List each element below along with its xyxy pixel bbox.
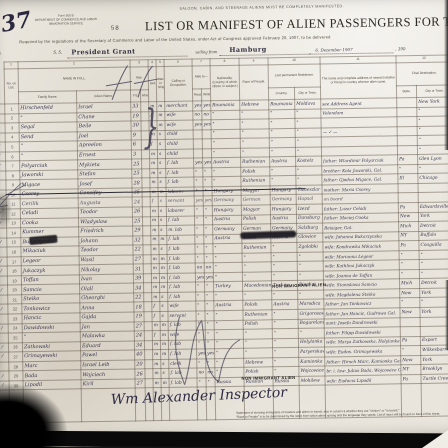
destination-town: Export <box>420 336 448 346</box>
residence-town: Paryerskawicz <box>299 347 325 357</box>
able-to-read: " <box>194 177 203 187</box>
header-age: Age. <box>130 67 148 90</box>
able-to-read <box>193 139 202 149</box>
row-number: 2 <box>5 113 19 123</box>
able-to-write: " <box>205 292 214 302</box>
able-to-read: " <box>196 320 205 330</box>
row-number: 3 <box>5 123 19 133</box>
married-or-single: s <box>160 302 168 312</box>
residence-country: " <box>272 290 298 300</box>
residence-country: " <box>269 119 295 129</box>
able-to-read: " <box>197 359 206 369</box>
married-or-single: m <box>161 378 169 388</box>
occupation: f. lab <box>166 177 194 187</box>
residence-town: Zgolobki <box>297 242 323 252</box>
nationality: Austria <box>214 301 243 311</box>
age-months <box>142 197 150 207</box>
race-of-people: German <box>241 195 270 205</box>
row-number: 5 <box>5 142 19 152</box>
able-to-write: " <box>205 320 214 330</box>
destination-state: " <box>400 298 420 308</box>
row-mark <box>0 362 9 372</box>
able-to-write: no <box>206 368 215 378</box>
sex: m <box>152 321 160 331</box>
destination-state: " <box>399 250 419 260</box>
age-months <box>143 254 151 264</box>
able-to-read: yes <box>197 349 206 359</box>
destination-town <box>420 316 448 326</box>
residence-town: " <box>295 109 321 119</box>
sex: m <box>152 293 160 303</box>
header-final-destination: Final Destination. <box>396 62 448 86</box>
residence-town: " <box>295 128 321 138</box>
destination-town: Detroit <box>419 221 448 231</box>
occupation: f. lab <box>169 349 197 359</box>
destination-state <box>400 327 420 337</box>
nationality: " <box>214 339 243 349</box>
married-or-single: s <box>159 245 167 255</box>
race-of-people: Polish <box>241 214 270 224</box>
able-to-read: " <box>196 301 205 311</box>
destination-town: " <box>419 269 448 279</box>
age-months <box>142 207 150 217</box>
row-number: 29 <box>9 371 23 381</box>
sex: m <box>150 178 158 188</box>
subheader-given-name: Given Name. <box>76 90 130 103</box>
age-months <box>142 159 150 169</box>
occupation: f. lab <box>166 168 194 178</box>
age-years: 34 <box>134 340 144 350</box>
age-months <box>144 331 152 341</box>
race-of-people: " <box>240 109 269 119</box>
sex: m <box>151 264 159 274</box>
nationality: " <box>214 291 243 301</box>
occupation: f. lab <box>166 158 194 168</box>
occupation: f. lab <box>168 282 196 292</box>
edge-stain <box>0 190 12 230</box>
able-to-read: " <box>196 311 205 321</box>
destination-state <box>397 98 417 108</box>
destination-town: Chicago <box>418 173 448 183</box>
destination-state <box>397 136 417 146</box>
occupation: f. lab <box>168 292 196 302</box>
able-to-read <box>193 149 202 159</box>
married-or-single: m <box>159 273 167 283</box>
nationality: " <box>213 243 242 253</box>
paper-sheet: 37 Form 500 B DEPARTMENT OF COMMERCE AND… <box>0 0 448 448</box>
residence-country: " <box>271 252 297 262</box>
able-to-read: no <box>193 110 202 120</box>
sex: m <box>151 235 159 245</box>
married-or-single: m <box>160 321 168 331</box>
occupation: f. lab <box>167 254 195 264</box>
married-or-single: s <box>158 216 166 226</box>
sex: m <box>151 226 159 236</box>
residence-country: " <box>271 262 297 272</box>
able-to-read: " <box>194 168 203 178</box>
able-to-write: " <box>204 225 213 235</box>
race-of-people: " <box>240 119 269 129</box>
destination-town: York <box>420 288 448 298</box>
sheet-number: 58 <box>111 26 120 32</box>
residence-town: " <box>297 271 323 281</box>
residence-town: Izezd <box>296 204 322 214</box>
residence-country: " <box>269 138 295 148</box>
residence-town: Glowice <box>297 233 323 243</box>
row-number: 23 <box>8 314 22 324</box>
header-no-on-list: No. on List. <box>4 69 19 104</box>
age-years: 24 <box>134 331 144 341</box>
header-nationality: Nationality. (Country of which citizen o… <box>210 65 240 100</box>
sailing-from-label: sailing from <box>195 49 217 54</box>
destination-state: Pa <box>398 203 418 213</box>
able-to-read <box>193 130 202 140</box>
able-to-read: " <box>195 254 204 264</box>
married-or-single: m <box>160 331 168 341</box>
able-to-write: yes <box>203 196 212 206</box>
destination-town: Glen Lyon <box>418 154 448 164</box>
able-to-write: " <box>203 168 212 178</box>
able-to-read: " <box>196 282 205 292</box>
able-to-write: " <box>204 253 213 263</box>
race-of-people: Macedonian <box>243 281 272 291</box>
subheader-write: Write. <box>201 89 210 101</box>
occupation: merchant <box>165 101 193 111</box>
residence-country: Hungary <box>270 204 296 214</box>
subheader-country: Country. <box>268 87 294 99</box>
row-mark: ∕ <box>0 371 9 381</box>
subheader-yrs: Yrs. <box>130 90 140 102</box>
residence-town: " <box>297 252 323 262</box>
subheader-city: City or Town. <box>294 87 320 99</box>
destination-town <box>418 192 448 202</box>
able-to-read: " <box>195 244 204 254</box>
married-or-single: s <box>158 206 166 216</box>
sex: m <box>151 254 159 264</box>
age-years: 25 <box>132 159 142 169</box>
nationality: " <box>214 310 243 320</box>
race-of-people: " <box>242 272 271 282</box>
nationality: " <box>213 263 242 273</box>
occupation: f. lab <box>169 368 197 378</box>
occupation: f. lab <box>168 321 196 331</box>
nationality: Hungary <box>212 186 241 196</box>
destination-state: Pa <box>399 241 419 251</box>
age-years: 32 <box>133 235 143 245</box>
race-of-people: " <box>242 262 271 272</box>
destination-town: Coaguilla <box>419 240 448 250</box>
race-of-people: " <box>242 253 271 263</box>
able-to-read: " <box>196 330 205 340</box>
header-able-to: Able to— <box>192 66 210 89</box>
married-or-single: m <box>158 187 166 197</box>
able-to-read: " <box>195 225 204 235</box>
subheader-family-name: Family Name. <box>18 91 76 104</box>
destination-state: Mich <box>399 279 419 289</box>
residence-town: " <box>298 328 324 338</box>
married-or-single: s <box>161 369 169 379</box>
able-to-write: " <box>205 311 214 321</box>
occupation: f. lab <box>167 235 195 245</box>
age-months <box>144 321 152 331</box>
residence-town: Tizaeszlar <box>296 185 322 195</box>
occupation: wife <box>165 111 193 121</box>
age-months <box>145 350 153 360</box>
nationality: Austria <box>212 215 241 225</box>
able-to-read: yes <box>195 273 204 283</box>
age-months <box>143 235 151 245</box>
sex: m <box>150 207 158 217</box>
age-years: 25 <box>132 216 142 226</box>
age-years: 33 <box>131 102 141 112</box>
able-to-write: " <box>205 330 214 340</box>
married-or-single: m <box>160 340 168 350</box>
race-of-people: Polish <box>241 167 270 177</box>
age-months <box>142 216 150 226</box>
able-to-write: " <box>204 244 213 254</box>
nationality: " <box>213 272 242 282</box>
residence-town: " <box>296 175 322 185</box>
header-nearest-relative: The name and complete address of nearest… <box>320 63 397 99</box>
sex: f <box>152 312 160 322</box>
age-years: 31 <box>133 264 143 274</box>
age-years: 27 <box>135 379 145 389</box>
nationality: Austria <box>212 158 241 168</box>
age-years: 39 <box>133 274 143 284</box>
destination-state: NY <box>401 365 421 375</box>
race-of-people: Magyar <box>241 186 270 196</box>
sex: m <box>153 350 161 360</box>
married-or-single: s <box>158 178 166 188</box>
age-years: 29 <box>133 226 143 236</box>
bottom-left-ink-blob <box>0 384 67 448</box>
age-months <box>142 169 150 179</box>
occupation: laborer <box>166 187 194 197</box>
residence-town: Kamionka <box>299 357 325 367</box>
race-of-people: " <box>240 138 269 148</box>
occupation: child <box>165 130 193 140</box>
occupation: f. lab <box>166 216 194 226</box>
destination-state: NY <box>399 231 419 241</box>
residence-country: " <box>269 109 295 119</box>
residence-country: " <box>271 243 297 253</box>
age-years: 27 <box>134 321 144 331</box>
able-to-read: " <box>194 206 203 216</box>
destination-state: New <box>400 288 420 298</box>
able-to-write: yes <box>206 349 215 359</box>
occupation: f. lab <box>168 340 196 350</box>
age-years: 30 <box>131 121 141 131</box>
scanned-manifest-page: 37 Form 500 B DEPARTMENT OF COMMERCE AND… <box>0 0 448 448</box>
row-number: 17 <box>7 256 21 266</box>
age-years: 19 <box>134 312 144 322</box>
age-years: 27 <box>133 255 143 265</box>
sex: m <box>150 159 158 169</box>
race-of-people: Ruthenian <box>241 157 270 167</box>
nationality: " <box>212 177 241 187</box>
able-to-write: " <box>205 339 214 349</box>
row-number: 27 <box>9 352 23 362</box>
able-to-read: no <box>195 263 204 273</box>
header-race: Race of People. <box>239 65 269 100</box>
destination-town: York <box>420 307 448 317</box>
married-or-single: m <box>159 264 167 274</box>
ship-name: President Grant <box>71 47 135 56</box>
able-to-write <box>202 129 211 139</box>
married-or-single: s <box>161 359 169 369</box>
sex: m <box>153 359 161 369</box>
ship-prefix: S. S. <box>53 51 62 56</box>
row-number: 26 <box>8 342 22 352</box>
nationality: Roumania <box>211 100 240 110</box>
destination-state <box>397 145 417 155</box>
header-occupation: Calling or Occupation. <box>164 66 193 101</box>
destination-town: Brooklyn <box>421 364 448 374</box>
residence-town: Dansburg <box>296 214 322 224</box>
married-or-single: s <box>159 226 167 236</box>
nationality: Austria <box>213 234 242 244</box>
occupation: f. lab <box>169 378 197 388</box>
able-to-read: yes <box>193 101 202 111</box>
age-years: 25 <box>132 169 142 179</box>
non-immigrant-alien-stamp: NON IMMIGRANT ALIEN <box>241 375 295 381</box>
nationality: Hungary <box>212 205 241 215</box>
nationality: " <box>211 110 240 120</box>
able-to-read: " <box>194 187 203 197</box>
destination-state <box>397 126 417 136</box>
sex: f <box>152 302 160 312</box>
sex: m <box>153 378 161 388</box>
subtitle: Required by the regulations of the Secre… <box>19 33 431 44</box>
destination-town <box>420 326 448 336</box>
destination-state: Mich <box>399 222 419 232</box>
able-to-write: no <box>204 263 213 273</box>
destination-state: " <box>398 164 418 174</box>
nationality: Turkey <box>214 282 243 292</box>
row-number: 16 <box>7 247 21 257</box>
sex: m <box>150 168 158 178</box>
occupation: child <box>165 149 193 159</box>
row-number: 7 <box>6 161 20 171</box>
row-number: 28 <box>9 361 23 371</box>
able-to-read: " <box>194 215 203 225</box>
residence-town: Salzburg <box>297 223 323 233</box>
residence-country: " <box>271 271 297 281</box>
age-months <box>143 245 151 255</box>
destination-state: Ill <box>398 174 418 184</box>
able-to-write: yes <box>202 101 211 111</box>
sex: m <box>150 216 158 226</box>
able-to-write: " <box>204 234 213 244</box>
grouping-brace: } <box>143 99 160 153</box>
destination-state <box>397 117 417 127</box>
sex: m <box>152 283 160 293</box>
able-to-read: yes <box>194 196 203 206</box>
destination-state: " <box>399 260 419 270</box>
race-of-people: Polish <box>243 319 272 329</box>
footer-fine-print: Statement of showing immigrants of maste… <box>236 408 448 420</box>
residence-town: Wojcowice <box>299 366 325 376</box>
occupation: m. lab <box>167 225 195 235</box>
married-or-single: m <box>159 235 167 245</box>
able-to-write: " <box>206 358 215 368</box>
age-months <box>144 293 152 303</box>
destination-state <box>397 107 417 117</box>
age-months <box>143 274 151 284</box>
age-years: 20 <box>135 360 145 370</box>
able-to-read: " <box>197 378 206 388</box>
race-of-people: " <box>243 338 272 348</box>
residence-country: Austria <box>272 300 298 310</box>
race-of-people: Hebrew <box>244 358 273 368</box>
row-number: 24 <box>8 323 22 333</box>
race-of-people: Ruthenian <box>243 310 272 320</box>
row-number: 19 <box>7 276 21 286</box>
age-months <box>145 369 153 379</box>
row-mark <box>0 333 8 343</box>
able-to-write: " <box>205 282 214 292</box>
destination-town <box>418 183 448 193</box>
able-to-write: no <box>202 110 211 120</box>
sex: m <box>150 188 158 198</box>
residence-town: Kostelz <box>296 156 322 166</box>
able-to-read: no <box>197 368 206 378</box>
age-years: 28 <box>132 178 142 188</box>
able-to-write: " <box>203 215 212 225</box>
sex: f <box>150 197 158 207</box>
row-number: 25 <box>8 333 22 343</box>
age-months <box>144 340 152 350</box>
row-mark <box>0 276 8 286</box>
row-mark: ∕ <box>0 352 9 362</box>
row-number: 21 <box>8 295 22 305</box>
married-or-single: s <box>158 168 166 178</box>
residence-country: " <box>269 147 295 157</box>
able-to-write: yes <box>204 273 213 283</box>
able-to-read: yes <box>194 158 203 168</box>
race-of-people: Polish <box>243 300 272 310</box>
residence-country: Austria <box>270 214 296 224</box>
age-years: 3 <box>131 150 141 160</box>
destination-town: York <box>418 211 448 221</box>
destination-state: Pa <box>398 155 418 165</box>
residence-country: " <box>269 128 295 138</box>
residence-town: Mohilew <box>299 376 325 386</box>
destination-state: New <box>401 355 421 365</box>
able-to-write: " <box>203 187 212 197</box>
row-mark: ∕ <box>0 285 8 295</box>
residence-country: " <box>272 338 298 348</box>
age-years: 26 <box>135 369 145 379</box>
passenger-manifest-table: 1 2 3 4 5 6 7 8 9 10 11 12 No. on List. … <box>0 54 448 424</box>
married-or-single: m <box>160 283 168 293</box>
nationality: " <box>214 329 243 339</box>
residence-town: Hapsal <box>296 194 322 204</box>
destination-state: Pa <box>400 336 420 346</box>
race-of-people: " <box>243 291 272 301</box>
sex: m <box>152 340 160 350</box>
age-years: 19 <box>131 111 141 121</box>
residence-country: " <box>270 166 296 176</box>
able-to-write <box>202 139 211 149</box>
row-mark: ∕ <box>0 304 8 314</box>
residence-country: " <box>272 319 298 329</box>
destination-state: " <box>401 346 421 356</box>
age-years: 18 <box>134 302 144 312</box>
able-to-write: yes <box>203 158 212 168</box>
occupation: wife <box>165 120 193 130</box>
sex: m <box>153 369 161 379</box>
